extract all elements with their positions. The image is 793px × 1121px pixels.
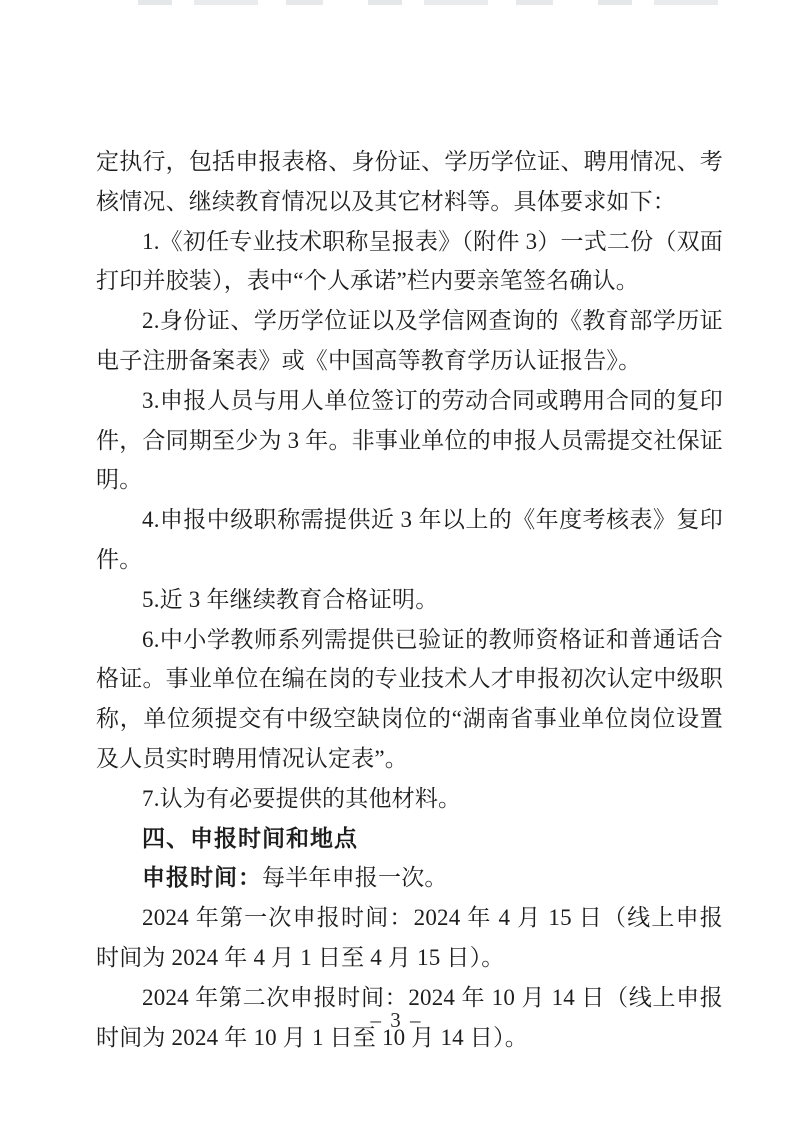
apply-time-label: 申报时间： (142, 864, 262, 890)
list-item-4: 4.申报中级职称需提供近 3 年以上的《年度考核表》复印件。 (96, 500, 723, 580)
apply-time-text: 每半年申报一次。 (262, 865, 448, 890)
list-item-5: 5.近 3 年继续教育合格证明。 (96, 580, 723, 620)
scan-artifact-top (138, 0, 738, 5)
page-number: – 3 – (0, 1008, 793, 1033)
list-item-7: 7.认为有必要提供的其他材料。 (96, 779, 723, 819)
document-body: 定执行，包括申报表格、身份证、学历学位证、聘用情况、考核情况、继续教育情况以及其… (96, 142, 723, 1057)
list-item-6: 6.中小学教师系列需提供已验证的教师资格证和普通话合格证。事业单位在编在岗的专业… (96, 620, 723, 779)
apply-time-paragraph: 申报时间：每半年申报一次。 (96, 858, 723, 898)
section-heading-4: 四、申报时间和地点 (96, 819, 723, 859)
list-item-3: 3.申报人员与用人单位签订的劳动合同或聘用合同的复印件，合同期至少为 3 年。非… (96, 381, 723, 500)
list-item-2: 2.身份证、学历学位证以及学信网查询的《教育部学历证电子注册备案表》或《中国高等… (96, 301, 723, 381)
list-item-1: 1.《初任专业技术职称呈报表》（附件 3）一式二份（双面打印并胶装），表中“个人… (96, 222, 723, 302)
intro-paragraph: 定执行，包括申报表格、身份证、学历学位证、聘用情况、考核情况、继续教育情况以及其… (96, 142, 723, 222)
document-page: 定执行，包括申报表格、身份证、学历学位证、聘用情况、考核情况、继续教育情况以及其… (0, 0, 793, 1121)
schedule-first-round: 2024 年第一次申报时间：2024 年 4 月 15 日（线上申报时间为 20… (96, 898, 723, 978)
